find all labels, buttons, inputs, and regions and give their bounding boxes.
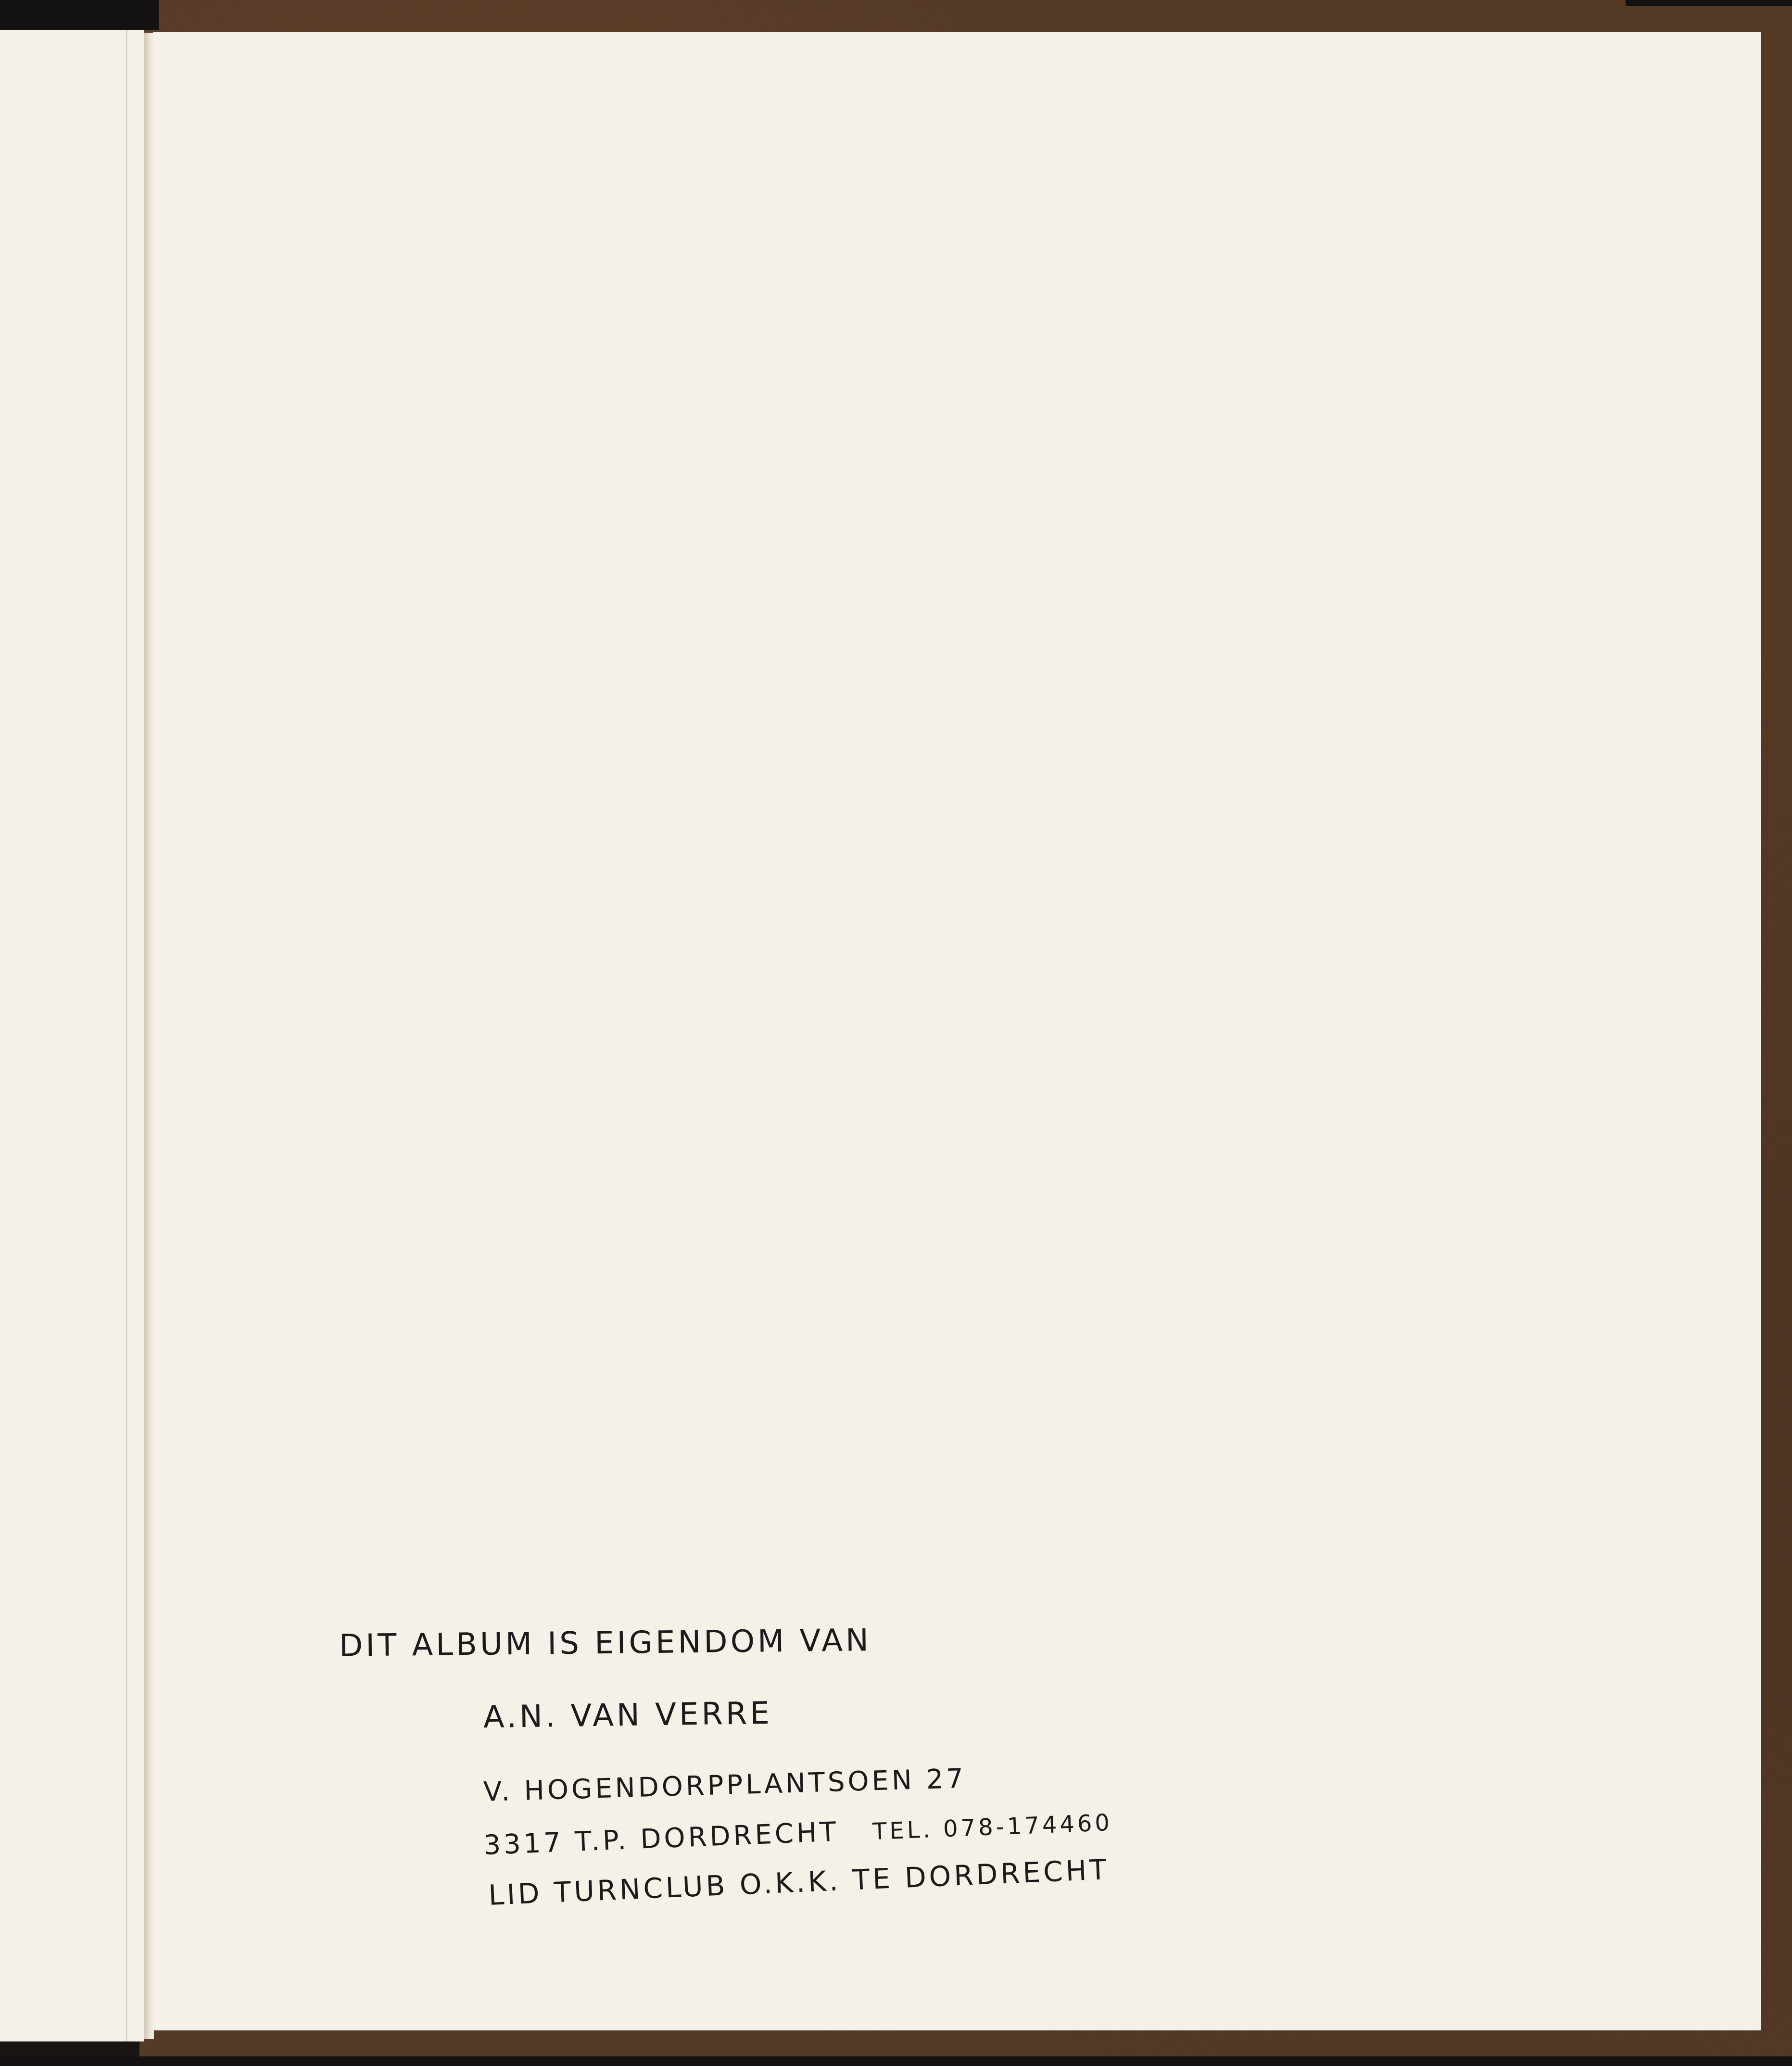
cover-shadow-bottom (0, 2056, 1792, 2066)
cover-shadow-top-left (0, 0, 159, 30)
inscription-line-name: A.N. van Verre (483, 1696, 773, 1735)
flyleaf (0, 30, 144, 2041)
spine-groove (126, 30, 127, 2041)
page-hinge (144, 33, 154, 2039)
album-page (153, 32, 1761, 2030)
inscription-line-ownership: Dit album is eigendom van (339, 1623, 872, 1664)
cover-shadow-top-right (1626, 0, 1792, 6)
